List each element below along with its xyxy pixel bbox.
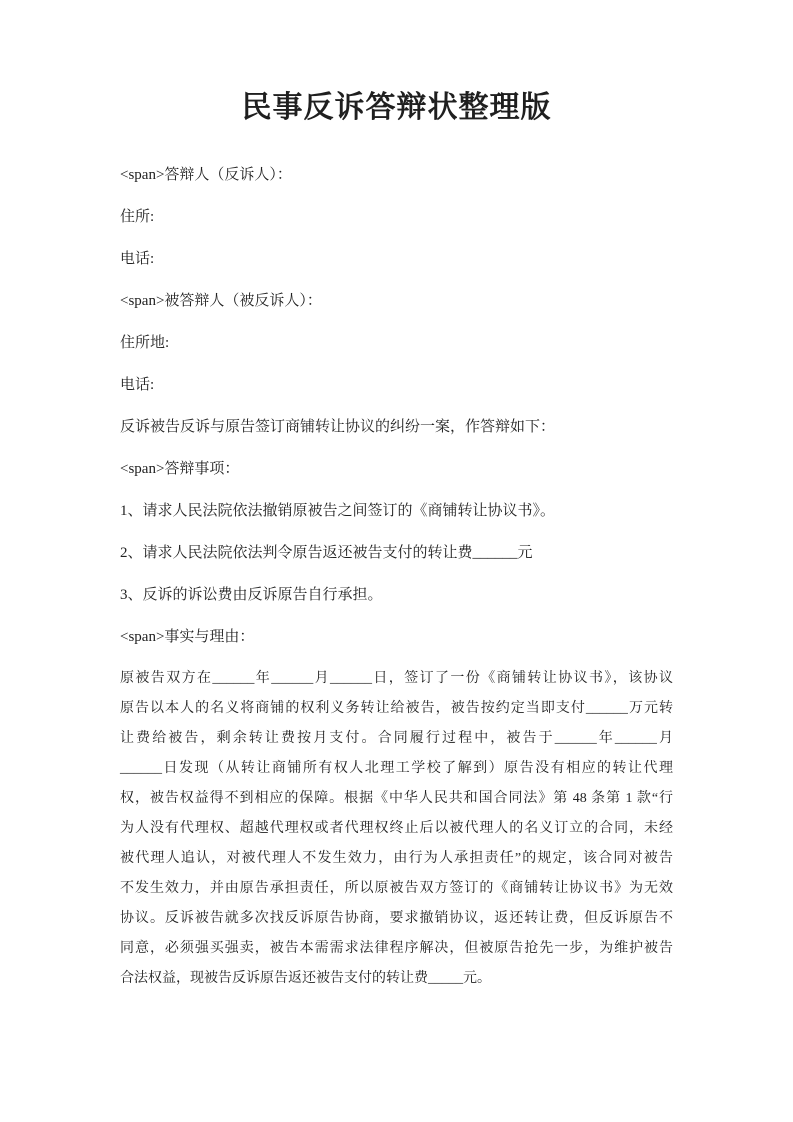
facts-line: 被代理人追认，对被代理人不发生效力，由行为人承担责任”的规定，该合同对被告 xyxy=(120,844,673,874)
intro-line-case-summary: 反诉被告反诉与原告签订商铺转让协议的纠纷一案，作答辩如下： xyxy=(120,412,673,442)
facts-paragraph: 原被告双方在______年______月______日，签订了一份《商铺转让协议… xyxy=(120,664,673,994)
intro-line-phone: 电话: xyxy=(120,244,673,274)
facts-line: 协议。反诉被告就多次找反诉原告协商，要求撤销协议，返还转让费，但反诉原告不 xyxy=(120,904,673,934)
facts-line: 原被告双方在______年______月______日，签订了一份《商铺转让协议… xyxy=(120,664,673,694)
section-heading-facts-reasons: <span>事实与理由： xyxy=(120,622,673,652)
intro-line-phone-2: 电话: xyxy=(120,370,673,400)
facts-line: 权，被告权益得不到相应的保障。根据《中华人民共和国合同法》第 48 条第 1 款… xyxy=(120,784,673,814)
document-page: 民事反诉答辩状整理版 <span>答辩人（反诉人）： 住所: 电话: <span… xyxy=(0,0,793,1122)
facts-line: 同意，必须强买强卖，被告本需需求法律程序解决，但被原告抢先一步，为维护被告 xyxy=(120,934,673,964)
section-heading-defense-items: <span>答辩事项： xyxy=(120,454,673,484)
facts-line: 让费给被告，剩余转让费按月支付。合同履行过程中，被告于______年______… xyxy=(120,724,673,754)
intro-line-address: 住所: xyxy=(120,202,673,232)
facts-line: 不发生效力，并由原告承担责任，所以原被告双方签订的《商铺转让协议书》为无效 xyxy=(120,874,673,904)
facts-line: 为人没有代理权、超越代理权或者代理权终止后以被代理人的名义订立的合同，未经 xyxy=(120,814,673,844)
facts-line: 合法权益，现被告反诉原告返还被告支付的转让费_____元。 xyxy=(120,964,673,994)
document-title: 民事反诉答辩状整理版 xyxy=(120,88,673,128)
facts-line: ______日发现（从转让商铺所有权人北理工学校了解到）原告没有相应的转让代理 xyxy=(120,754,673,784)
intro-line-counter-respondent: <span>被答辩人（被反诉人）： xyxy=(120,286,673,316)
defense-item-3: 3、反诉的诉讼费由反诉原告自行承担。 xyxy=(120,580,673,610)
intro-line-address-2: 住所地: xyxy=(120,328,673,358)
defense-item-2: 2、请求人民法院依法判令原告返还被告支付的转让费______元 xyxy=(120,538,673,568)
intro-line-respondent: <span>答辩人（反诉人）： xyxy=(120,160,673,190)
defense-item-1: 1、请求人民法院依法撤销原被告之间签订的《商铺转让协议书》。 xyxy=(120,496,673,526)
facts-line: 原告以本人的名义将商铺的权利义务转让给被告，被告按约定当即支付______万元转 xyxy=(120,694,673,724)
